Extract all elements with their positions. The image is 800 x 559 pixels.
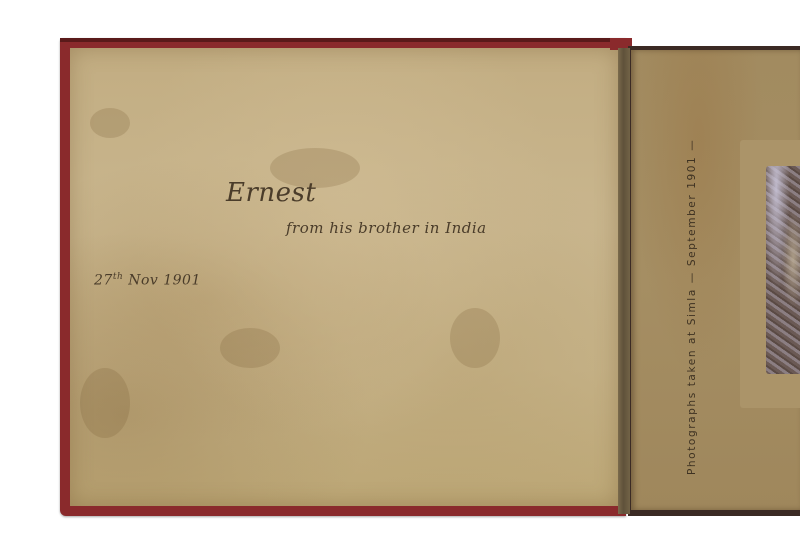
date-suffix: th: [113, 272, 123, 282]
date-day: 27: [94, 273, 113, 289]
album-photo-scene: Ernest from his brother in India 27th No…: [0, 0, 800, 559]
mounted-photograph: [766, 166, 800, 374]
inscription-date: 27th Nov 1901: [94, 272, 201, 289]
inscription-name: Ernest: [226, 178, 316, 208]
date-rest: Nov 1901: [128, 273, 201, 289]
inscription-dedication: from his brother in India: [286, 219, 487, 237]
foxing-stain: [220, 328, 280, 368]
foxing-stain: [90, 108, 130, 138]
vertical-caption: Photographs taken at Simla — September 1…: [686, 139, 698, 475]
foxing-stain: [80, 368, 130, 438]
album-gutter: [618, 48, 630, 514]
foxing-stain: [450, 308, 500, 368]
